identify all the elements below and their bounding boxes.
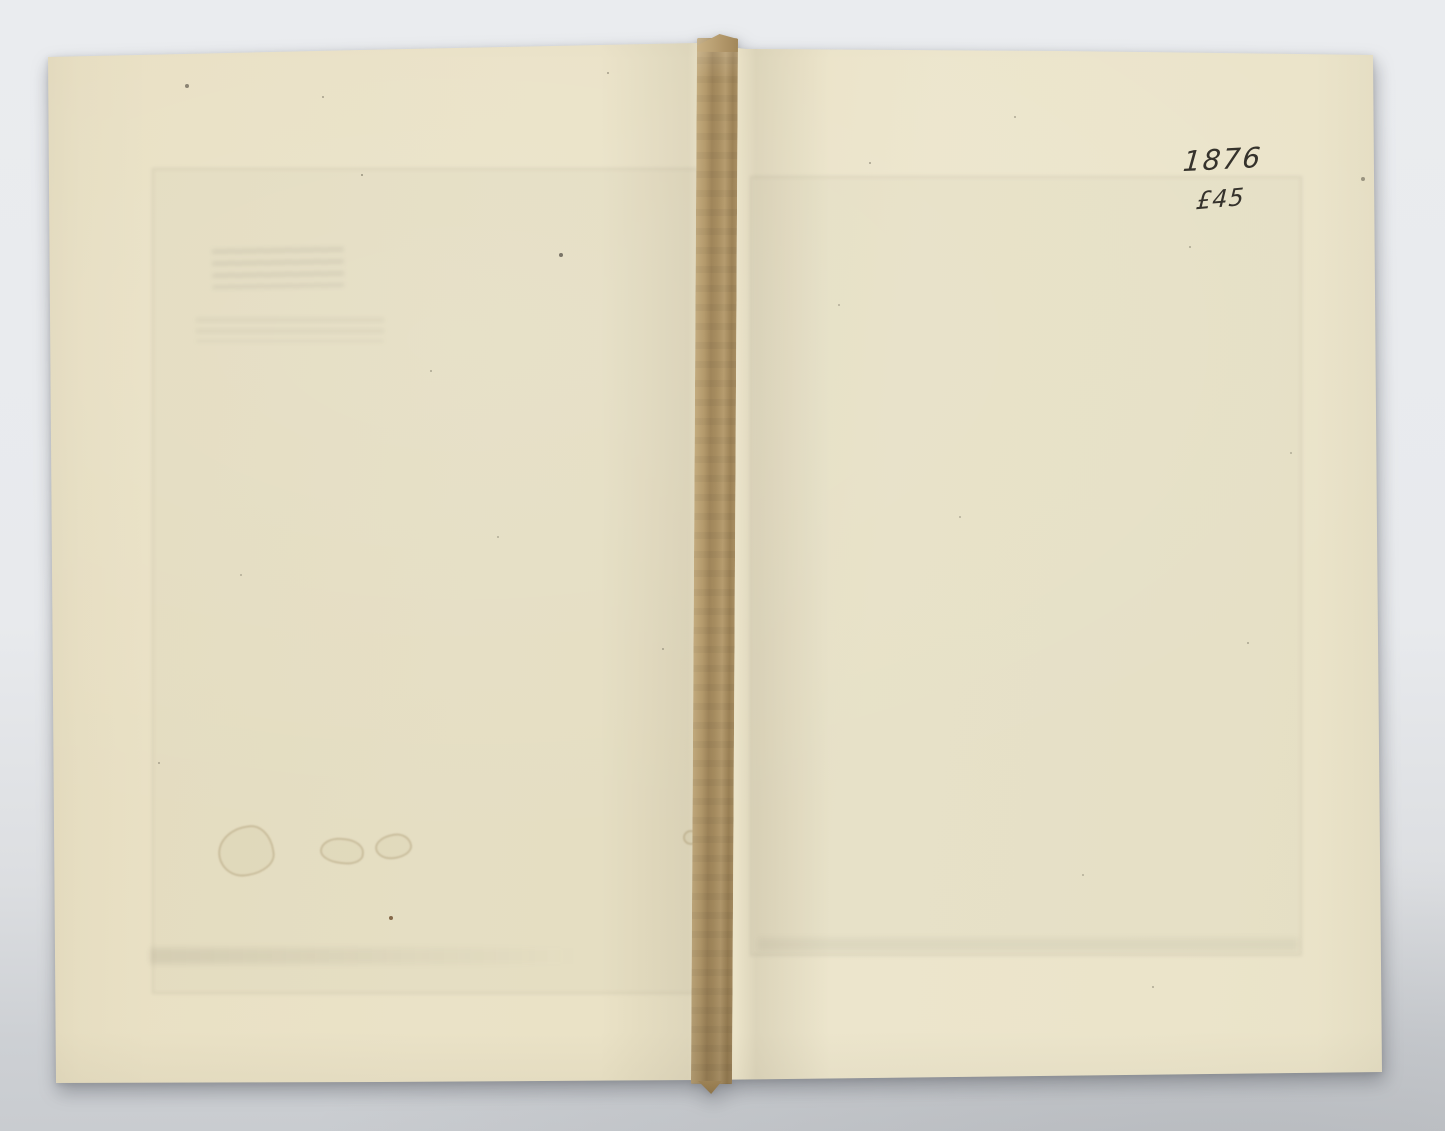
handwritten-year: 1876 <box>1182 141 1264 178</box>
plate-mark-showthrough-right <box>750 176 1302 956</box>
photo-backdrop: 1876 £45 <box>0 0 1445 1131</box>
sheet-shadow-wrapper: 1876 £45 <box>0 0 1445 1131</box>
handwritten-price: £45 <box>1195 183 1245 215</box>
binding-tape-strip <box>691 38 738 1084</box>
foxing-specks <box>0 0 2 2</box>
